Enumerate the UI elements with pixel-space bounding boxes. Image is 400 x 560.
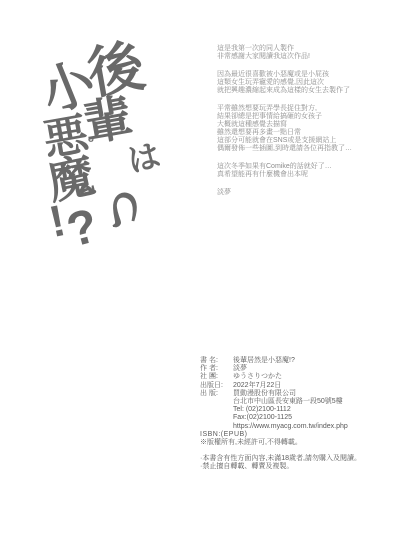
publisher-tel: Tel: (02)2100-1112 [200,406,390,414]
warnings: ·本書含有性方面內容,未滿18歲者,請勿購入及閱讀。 ·禁止擅自轉載、轉賣及複製… [200,455,390,471]
afterword-line: 這部分可能就會在SNS或是支援網站上 [217,137,336,144]
afterword-line: 這是我第一次的同人製作 [217,45,294,52]
afterword-line: 非常感謝大家閱讀我這次作品! [217,53,310,60]
afterword-paragraph: 平常雖然想要玩弄學長捉住對方, 結果卻總是把事情給搞砸的女孩子 大概就這種感覺去… [217,105,392,153]
afterword-line: 偶爾發佈一些插圖,到時還請各位再指教了… [217,145,352,152]
afterword-line: 真希望能再有什麼機會出本呢 [217,171,308,178]
colophon-label: 書 名: [200,357,233,365]
title-logo: 後 輩 は 小 悪 。 魔 っ ! ? [0,0,200,280]
colophon-row-title: 書 名: 後輩居然是小惡魔!? [200,357,390,365]
afterword-line: 平常雖然想要玩弄學長捉住對方, [217,105,317,112]
afterword-line: 這類女生玩弄寵愛的感覺,因此這次 [217,79,324,86]
afterword-line: 就把興趣濃縮起來成為這樣的女生去製作了 [217,87,350,94]
afterword-paragraph: 這是我第一次的同人製作 非常感謝大家閱讀我這次作品! [217,45,392,61]
afterword-paragraph: 因為最近很喜歡被小惡魔或是小屁孩 這類女生玩弄寵愛的感覺,因此這次 就把興趣濃縮… [217,71,392,95]
title-char: は [125,139,163,177]
colophon-row-circle: 社 團: ゆうさりつかた [200,373,390,381]
colophon-label: 出 版: [200,390,233,398]
afterword-line: 因為最近很喜歡被小惡魔或是小屁孩 [217,71,329,78]
colophon-label: 出版日: [200,382,233,390]
colophon-row-publisher: 出 版: 買動漫股份有限公司 [200,390,390,398]
colophon-value: 2022年7月22日 [233,382,281,390]
afterword-text: 這是我第一次的同人製作 非常感謝大家閱讀我這次作品! 因為最近很喜歡被小惡魔或是… [217,45,392,207]
title-decorative-dot: 。 [88,128,104,144]
afterword-line: 結果卻總是把事情給搞砸的女孩子 [217,113,322,120]
colophon-value: 後輩居然是小惡魔!? [233,357,295,365]
publisher-fax: Fax:(02)2100-1125 [200,414,390,422]
isbn-line: ISBN:(EPUB) [200,431,390,439]
doujinshi-afterword-page: 後 輩 は 小 悪 。 魔 っ ! ? 這是我第一次的同人製作 非常感謝大家閱讀… [0,0,400,560]
afterword-line: 大概就這種感覺去描寫 [217,121,287,128]
publisher-url: https://www.myacg.com.tw/index.php [200,423,390,431]
colophon-row-pubdate: 出版日: 2022年7月22日 [200,382,390,390]
afterword-line: 雖然還想要再多畫一點日常 [217,129,301,136]
author-signature: 淡夢 [217,189,392,197]
colophon-label: 社 團: [200,373,233,381]
publisher-address: 台北市中山區長安東路一段50號5樓 [200,398,390,406]
copyright-notice: ※版權所有,未經許可,不得轉載。 [200,439,390,447]
warning-line-reprint: ·禁止擅自轉載、轉賣及複製。 [200,463,390,471]
colophon-value: ゆうさりつかた [233,373,282,381]
colophon-value: 買動漫股份有限公司 [233,390,296,398]
afterword-line: 這次冬季如果有Comike的話就好了… [217,163,332,170]
colophon: 書 名: 後輩居然是小惡魔!? 作 者: 淡夢 社 團: ゆうさりつかた 出版日… [200,357,390,472]
colophon-row-author: 作 者: 淡夢 [200,365,390,373]
afterword-paragraph: 這次冬季如果有Comike的話就好了… 真希望能再有什麼機會出本呢 [217,163,392,179]
